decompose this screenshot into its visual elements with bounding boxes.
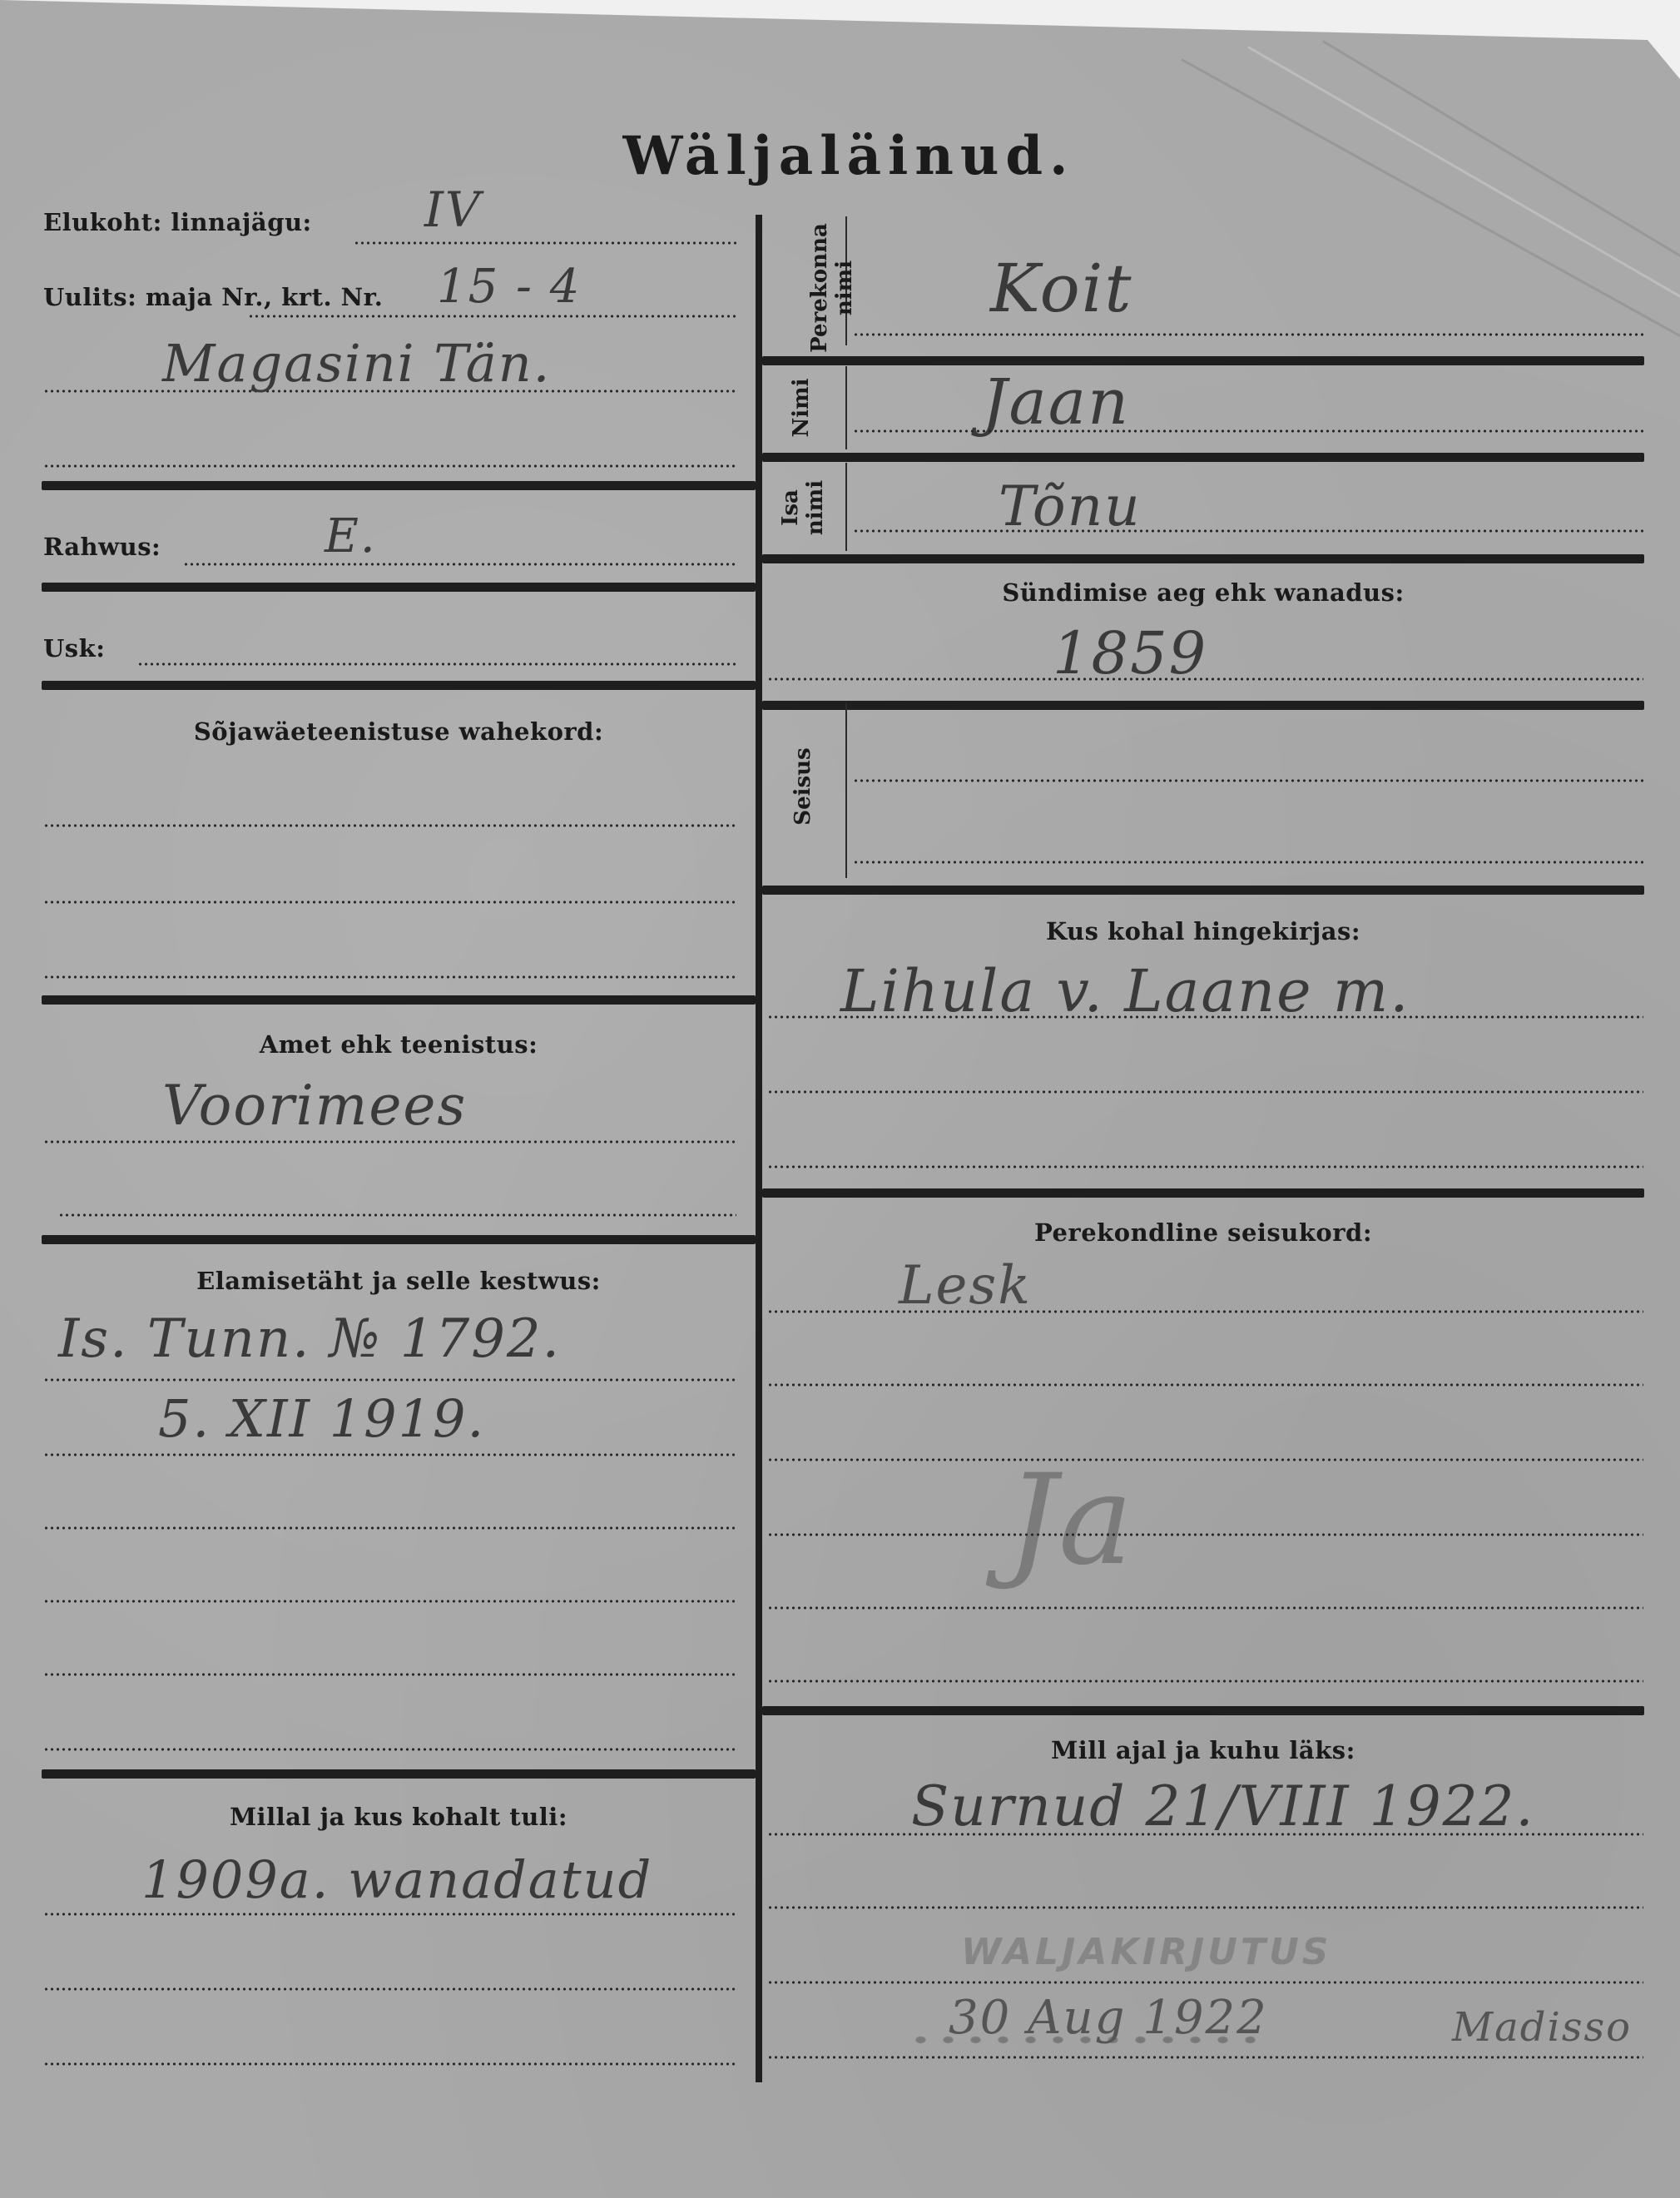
field-line [767,1981,1643,1984]
field-line [767,2056,1643,2059]
label-hingekirjas: Kus kohal hingekirjas: [762,917,1644,945]
field-line [183,563,736,566]
field-line [767,1383,1643,1387]
label-seisus: Seisus [790,745,815,828]
field-line [767,1310,1643,1313]
label-nimi: Nimi [789,370,814,445]
label-millal-tuli: Millal ja kus kohalt tuli: [42,1803,756,1831]
field-line [43,1140,736,1144]
field-line [43,975,736,979]
paper-crease [1322,40,1680,265]
field-line [853,779,1643,782]
label-amet: Amet ehk teenistus: [42,1030,756,1059]
stamp-date: 30 Aug 1922 [949,1991,1268,2045]
section-divider [762,886,1644,895]
label-column-divider [845,463,847,551]
value-maja-number[interactable]: 15 - 4 [437,260,581,314]
value-millal-tuli[interactable]: 1909a. wanadatud [141,1849,652,1910]
section-divider [42,1235,756,1244]
value-amet[interactable]: Voorimees [162,1074,467,1138]
stamp-signature: Madisso [1452,2004,1632,2051]
form-title: Wäljaläinud. [566,125,1132,187]
label-sundimise-aeg: Sündimise aeg ehk wanadus: [762,578,1644,607]
field-line [767,677,1643,681]
label-uulits: Uulits: maja Nr., krt. Nr. [43,283,383,311]
section-divider [762,1188,1644,1198]
label-elamisetaht: Elamisetäht ja selle kestwus: [42,1267,756,1295]
label-perekondline-seisukord: Perekondline seisukord: [762,1218,1644,1247]
label-rahwus: Rahwus: [43,533,161,561]
field-line [43,824,736,827]
field-line [767,1533,1643,1536]
field-line [767,1015,1643,1019]
field-line [43,1600,736,1603]
label-isanimi: Isa nimi [778,470,828,545]
value-linnajagu[interactable]: IV [424,181,482,238]
field-line [853,429,1643,433]
field-line [43,1913,736,1916]
section-divider [762,453,1644,462]
value-lahkus[interactable]: Surnud 21/VIII 1922. [911,1774,1535,1838]
field-line [853,529,1643,533]
value-perekondline-seisukord[interactable]: Lesk [899,1255,1032,1317]
label-lahkus: Mill ajal ja kuhu läks: [762,1736,1644,1764]
walja-kirjutus-stamp: WALJAKIRJUTUS [961,1931,1331,1973]
section-divider [762,554,1644,563]
field-line [853,333,1643,336]
value-elamisetaht-line1[interactable]: Is. Tunn. № 1792. [58,1308,561,1370]
value-nimi[interactable]: Jaan [982,365,1130,439]
field-line [248,315,736,318]
field-line [43,1987,736,1991]
section-divider [42,995,756,1005]
field-line [43,2062,736,2066]
field-line [767,1906,1643,1909]
section-divider [762,356,1644,365]
field-line [853,861,1643,864]
value-perekonnanimi[interactable]: Koit [990,250,1133,327]
section-divider [42,1769,756,1779]
label-elukoht: Elukoht: linnajägu: [43,208,312,236]
field-line [767,1606,1643,1610]
field-line [43,1673,736,1676]
value-elamisetaht-line2[interactable]: 5. XII 1919. [158,1388,485,1449]
field-line [767,1090,1643,1094]
field-line [137,662,736,666]
label-sojavaeteenistus: Sõjawäeteenistuse wahekord: [42,717,756,746]
field-line [43,901,736,904]
pencil-signature-mark: Ja [1007,1448,1135,1593]
paper-crease [1247,46,1680,315]
label-usk: Usk: [43,634,105,662]
field-line [43,1526,736,1530]
field-line [43,1378,736,1382]
section-divider [42,481,756,490]
section-divider [762,701,1644,710]
value-street[interactable]: Magasini Tän. [162,333,551,394]
column-divider [756,215,762,2082]
field-line [43,464,736,468]
value-rahwus[interactable]: E. [325,509,377,563]
section-divider [762,1706,1644,1715]
field-line [767,1165,1643,1168]
field-line [354,241,736,245]
label-column-divider [845,703,847,878]
field-line [767,1833,1643,1836]
field-line [58,1213,736,1217]
field-line [43,1748,736,1751]
field-line [43,1453,736,1456]
field-line [767,1680,1643,1683]
label-perekonnanimi: Perekonna nimi [807,205,857,371]
label-column-divider [845,366,847,449]
section-divider [42,583,756,592]
field-line [767,1458,1643,1461]
form-paper: Wäljaläinud. Elukoht: linnajägu: IV Uuli… [0,0,1680,2198]
section-divider [42,681,756,690]
